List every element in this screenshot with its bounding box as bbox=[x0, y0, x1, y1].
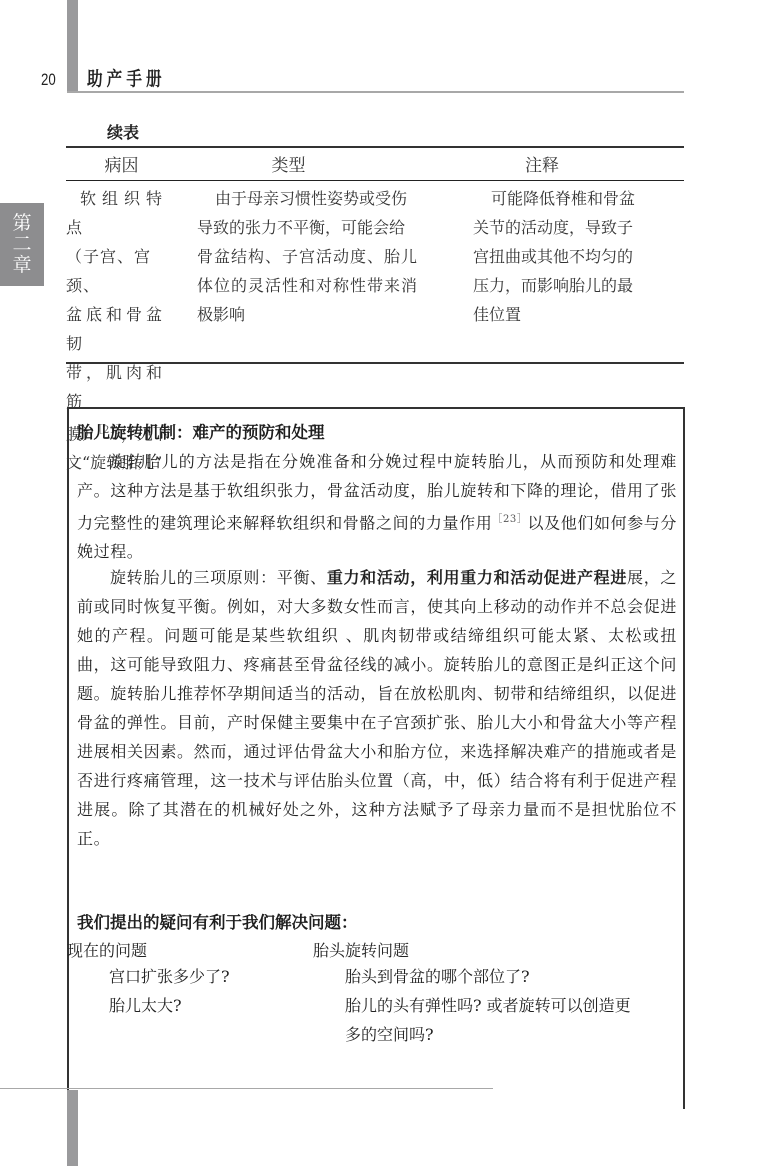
table-caption: 续表 bbox=[107, 120, 139, 143]
table-bottom-rule bbox=[66, 362, 684, 364]
question-item: 胎头到骨盆的哪个部位了? bbox=[345, 962, 530, 991]
cell-line: 压力，而影响胎儿的最 bbox=[473, 271, 679, 300]
column-header-cause: 病因 bbox=[66, 151, 177, 176]
question-item: 胎儿的头有弹性吗? 或者旋转可以创造更 bbox=[345, 991, 631, 1020]
chapter-tab-char: 章 bbox=[12, 255, 31, 276]
cell-line: 盆底和骨盆韧 bbox=[66, 300, 182, 358]
cell-line: 关节的活动度，导致子 bbox=[473, 213, 679, 242]
paragraph-text: 旋转胎儿的三项原则：平衡、 bbox=[110, 568, 327, 587]
chapter-tab-char: 二 bbox=[12, 234, 31, 255]
header-rule bbox=[67, 91, 684, 93]
questions-heading: 我们提出的疑问有利于我们解决问题： bbox=[77, 909, 358, 933]
cell-line: 由于母亲习惯性姿势或受伤 bbox=[197, 184, 445, 213]
cell-line: 可能降低脊椎和骨盆 bbox=[473, 184, 679, 213]
citation-ref: ［23］ bbox=[492, 514, 527, 525]
cell-line: 骨盆结构、子宫活动度、胎儿 bbox=[197, 242, 445, 271]
chapter-tab-char: 第 bbox=[12, 213, 31, 234]
info-box: 胎儿旋转机制：难产的预防和处理 旋转胎儿的方法是指在分娩准备和分娩过程中旋转胎儿… bbox=[67, 407, 685, 1109]
box-paragraph-2: 旋转胎儿的三项原则：平衡、重力和活动，利用重力和活动促进产程进展，之前或同时恢复… bbox=[77, 563, 677, 853]
questions-column-title-current: 现在的问题 bbox=[67, 938, 147, 961]
questions-column-title-rotation: 胎头旋转问题 bbox=[313, 938, 409, 961]
cell-line: 宫扭曲或其他不均匀的 bbox=[473, 242, 679, 271]
cell-line: 软组织特点 bbox=[66, 184, 182, 242]
cell-line: 极影响 bbox=[197, 300, 445, 329]
page-number: 20 bbox=[41, 70, 56, 90]
column-header-type: 类型 bbox=[177, 151, 400, 176]
cell-type: 由于母亲习惯性姿势或受伤 导致的张力不平衡，可能会给 骨盆结构、子宫活动度、胎儿… bbox=[215, 184, 445, 329]
cell-line: （子宫、宫颈、 bbox=[66, 242, 182, 300]
paragraph-emphasis: 重力和活动，利用重力和活动促进产程进 bbox=[327, 568, 627, 587]
table-top-rule bbox=[66, 146, 684, 148]
column-header-note: 注释 bbox=[400, 151, 684, 176]
cell-line: 佳位置 bbox=[473, 300, 679, 329]
box-title: 胎儿旋转机制：难产的预防和处理 bbox=[77, 419, 325, 443]
table-header-rule bbox=[66, 180, 684, 181]
margin-bar-bottom bbox=[67, 1090, 78, 1166]
question-item: 胎儿太大? bbox=[109, 991, 182, 1020]
box-paragraph-1: 旋转胎儿的方法是指在分娩准备和分娩过程中旋转胎儿，从而预防和处理难产。这种方法是… bbox=[77, 447, 677, 566]
question-item: 多的空间吗? bbox=[345, 1020, 434, 1049]
question-item: 宫口扩张多少了? bbox=[109, 962, 230, 991]
cell-line: 体位的灵活性和对称性带来消 bbox=[197, 271, 445, 300]
running-head: 助产手册 bbox=[87, 64, 166, 91]
paragraph-text: 展，之前或同时恢复平衡。例如，对大多数女性而言，使其向上移动的动作并不总会促进她… bbox=[77, 568, 677, 848]
margin-bar-top bbox=[67, 0, 78, 92]
footer-rule bbox=[0, 1088, 493, 1089]
chapter-tab: 第 二 章 bbox=[0, 203, 44, 286]
cell-line: 导致的张力不平衡，可能会给 bbox=[197, 213, 445, 242]
cell-note: 可能降低脊椎和骨盆 关节的活动度，导致子 宫扭曲或其他不均匀的 压力，而影响胎儿… bbox=[489, 184, 679, 329]
